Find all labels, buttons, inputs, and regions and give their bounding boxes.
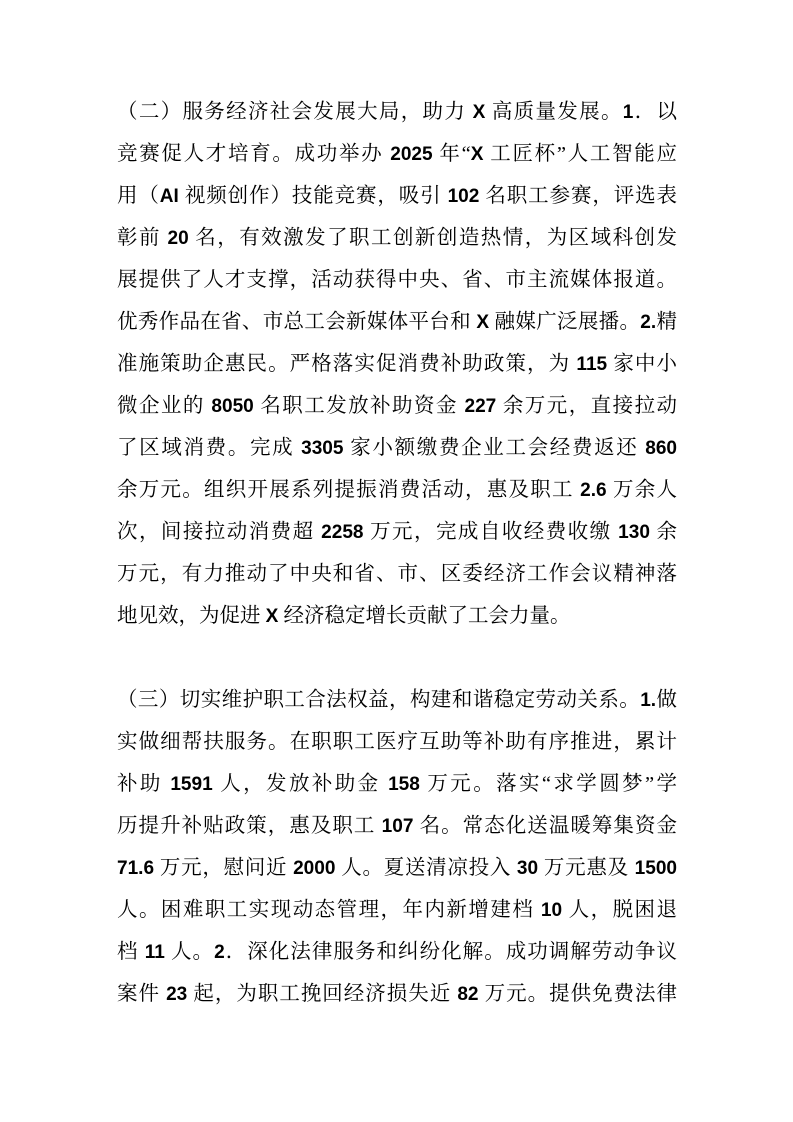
document-page: （二）服务经济社会发展大局，助力 X 高质量发展。1．以 竞赛促人才培育。成功举… (0, 0, 793, 1122)
text-line: 次，间接拉动消费超 2258 万元，完成自收经费收缴 130 余 (117, 511, 677, 553)
text-line: 用（AI 视频创作）技能竞赛，吸引 102 名职工参赛，评选表 (117, 175, 677, 217)
text-line: 余万元。组织开展系列提振消费活动，惠及职工 2.6 万余人 (117, 469, 677, 511)
paragraph-section-2: （二）服务经济社会发展大局，助力 X 高质量发展。1．以 竞赛促人才培育。成功举… (117, 91, 677, 637)
text-line: （二）服务经济社会发展大局，助力 X 高质量发展。1．以 (117, 91, 677, 133)
text-line: 竞赛促人才培育。成功举办 2025 年“X 工匠杯”人工智能应 (117, 133, 677, 175)
text-line: 实做细帮扶服务。在职职工医疗互助等补助有序推进，累计 (117, 721, 677, 763)
text-line: 微企业的 8050 名职工发放补助资金 227 余万元，直接拉动 (117, 385, 677, 427)
document-body: （二）服务经济社会发展大局，助力 X 高质量发展。1．以 竞赛促人才培育。成功举… (117, 91, 677, 1015)
text-line: 人。困难职工实现动态管理，年内新增建档 10 人，脱困退 (117, 889, 677, 931)
text-line: 71.6 万元，慰问近 2000 人。夏送清凉投入 30 万元惠及 1500 (117, 847, 677, 889)
text-line: 万元，有力推动了中央和省、市、区委经济工作会议精神落 (117, 553, 677, 595)
text-line: 案件 23 起，为职工挽回经济损失近 82 万元。提供免费法律 (117, 973, 677, 1015)
paragraph-section-3: （三）切实维护职工合法权益，构建和谐稳定劳动关系。1.做 实做细帮扶服务。在职职… (117, 679, 677, 1015)
text-line: 优秀作品在省、市总工会新媒体平台和 X 融媒广泛展播。2.精 (117, 301, 677, 343)
text-line: 准施策助企惠民。严格落实促消费补助政策，为 115 家中小 (117, 343, 677, 385)
text-line: 档 11 人。2．深化法律服务和纠纷化解。成功调解劳动争议 (117, 931, 677, 973)
text-line: 彰前 20 名，有效激发了职工创新创造热情，为区域科创发 (117, 217, 677, 259)
text-line: 展提供了人才支撑，活动获得中央、省、市主流媒体报道。 (117, 259, 677, 301)
text-line: 补助 1591 人，发放补助金 158 万元。落实“求学圆梦”学 (117, 763, 677, 805)
text-line: （三）切实维护职工合法权益，构建和谐稳定劳动关系。1.做 (117, 679, 677, 721)
text-line: 地见效，为促进 X 经济稳定增长贡献了工会力量。 (117, 595, 677, 637)
text-line: 了区域消费。完成 3305 家小额缴费企业工会经费返还 860 (117, 427, 677, 469)
text-line: 历提升补贴政策，惠及职工 107 名。常态化送温暖筹集资金 (117, 805, 677, 847)
